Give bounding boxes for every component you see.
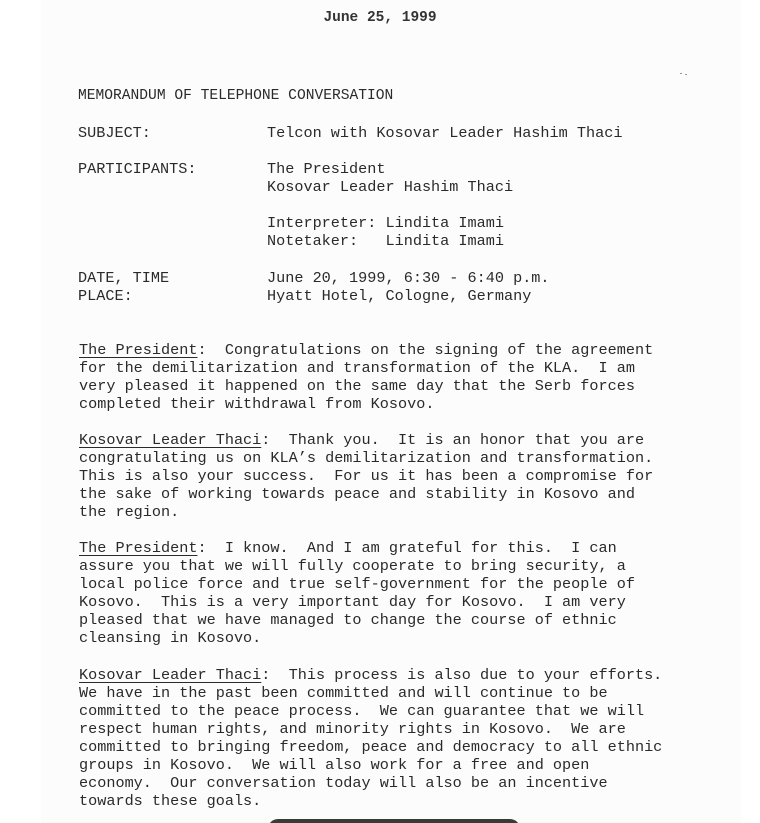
conversation-paragraph: The President: I know. And I am grateful… [79,539,699,647]
interpreter: Interpreter: Lindita Imami [267,214,504,232]
scan-speck [685,74,687,75]
paragraph-line: The President: I know. And I am grateful… [79,539,699,557]
paragraph-line: groups in Kosovo. We will also work for … [79,756,699,774]
line-text: : This process is also due to your effor… [261,666,662,684]
paragraph-line: Kosovar Leader Thaci: This process is al… [79,666,699,684]
paragraph-line: The President: Congratulations on the si… [79,341,699,359]
paragraph-line: committed to bringing freedom, peace and… [79,738,699,756]
paragraph-line: committed to the peace process. We can g… [79,702,699,720]
paragraph-line: completed their withdrawal from Kosovo. [79,395,699,413]
conversation-paragraph: Kosovar Leader Thaci: This process is al… [79,666,699,810]
conversation-paragraph: Kosovar Leader Thaci: Thank you. It is a… [79,431,699,521]
paragraph-line: Kosovo. This is a very important day for… [79,593,699,611]
speaker-name: Kosovar Leader Thaci [79,431,261,449]
line-text: : Thank you. It is an honor that you are [261,431,644,449]
document-date: June 25, 1999 [0,9,760,27]
paragraph-line: This is also your success. For us it has… [79,467,699,485]
line-text: : Congratulations on the signing of the … [197,341,653,359]
overlay-toolbar-edge[interactable] [268,819,520,823]
speaker-name: The President [79,341,197,359]
conversation-paragraph: The President: Congratulations on the si… [79,341,699,413]
participant: The President [267,160,385,178]
paragraph-line: Kosovar Leader Thaci: Thank you. It is a… [79,431,699,449]
paragraph-line: local police force and true self-governm… [79,575,699,593]
paragraph-line: the sake of working towards peace and st… [79,485,699,503]
paragraph-line: for the demilitarization and transformat… [79,359,699,377]
participant: Kosovar Leader Hashim Thaci [267,178,513,196]
speaker-name: The President [79,539,197,557]
paragraph-line: assure you that we will fully cooperate … [79,557,699,575]
paragraph-line: We have in the past been committed and w… [79,684,699,702]
paragraph-line: the region. [79,503,699,521]
notetaker: Notetaker: Lindita Imami [267,232,504,250]
paragraph-line: congratulating us on KLA’s demilitarizat… [79,449,699,467]
place-label: PLACE: [78,287,133,305]
paragraph-line: pleased that we have managed to change t… [79,611,699,629]
paragraph-line: very pleased it happened on the same day… [79,377,699,395]
subject-value: Telcon with Kosovar Leader Hashim Thaci [267,124,622,142]
paragraph-line: economy. Our conversation today will als… [79,774,699,792]
speaker-name: Kosovar Leader Thaci [79,666,261,684]
memo-title: MEMORANDUM OF TELEPHONE CONVERSATION [78,87,393,105]
participants-label: PARTICIPANTS: [78,160,196,178]
paragraph-line: towards these goals. [79,792,699,810]
paragraph-line: cleansing in Kosovo. [79,629,699,647]
place-value: Hyatt Hotel, Cologne, Germany [267,287,531,305]
datetime-label: DATE, TIME [78,269,169,287]
scan-speck [680,73,682,74]
paragraph-line: respect human rights, and minority right… [79,720,699,738]
line-text: : I know. And I am grateful for this. I … [197,539,616,557]
subject-label: SUBJECT: [78,124,151,142]
datetime-value: June 20, 1999, 6:30 - 6:40 p.m. [267,269,550,287]
